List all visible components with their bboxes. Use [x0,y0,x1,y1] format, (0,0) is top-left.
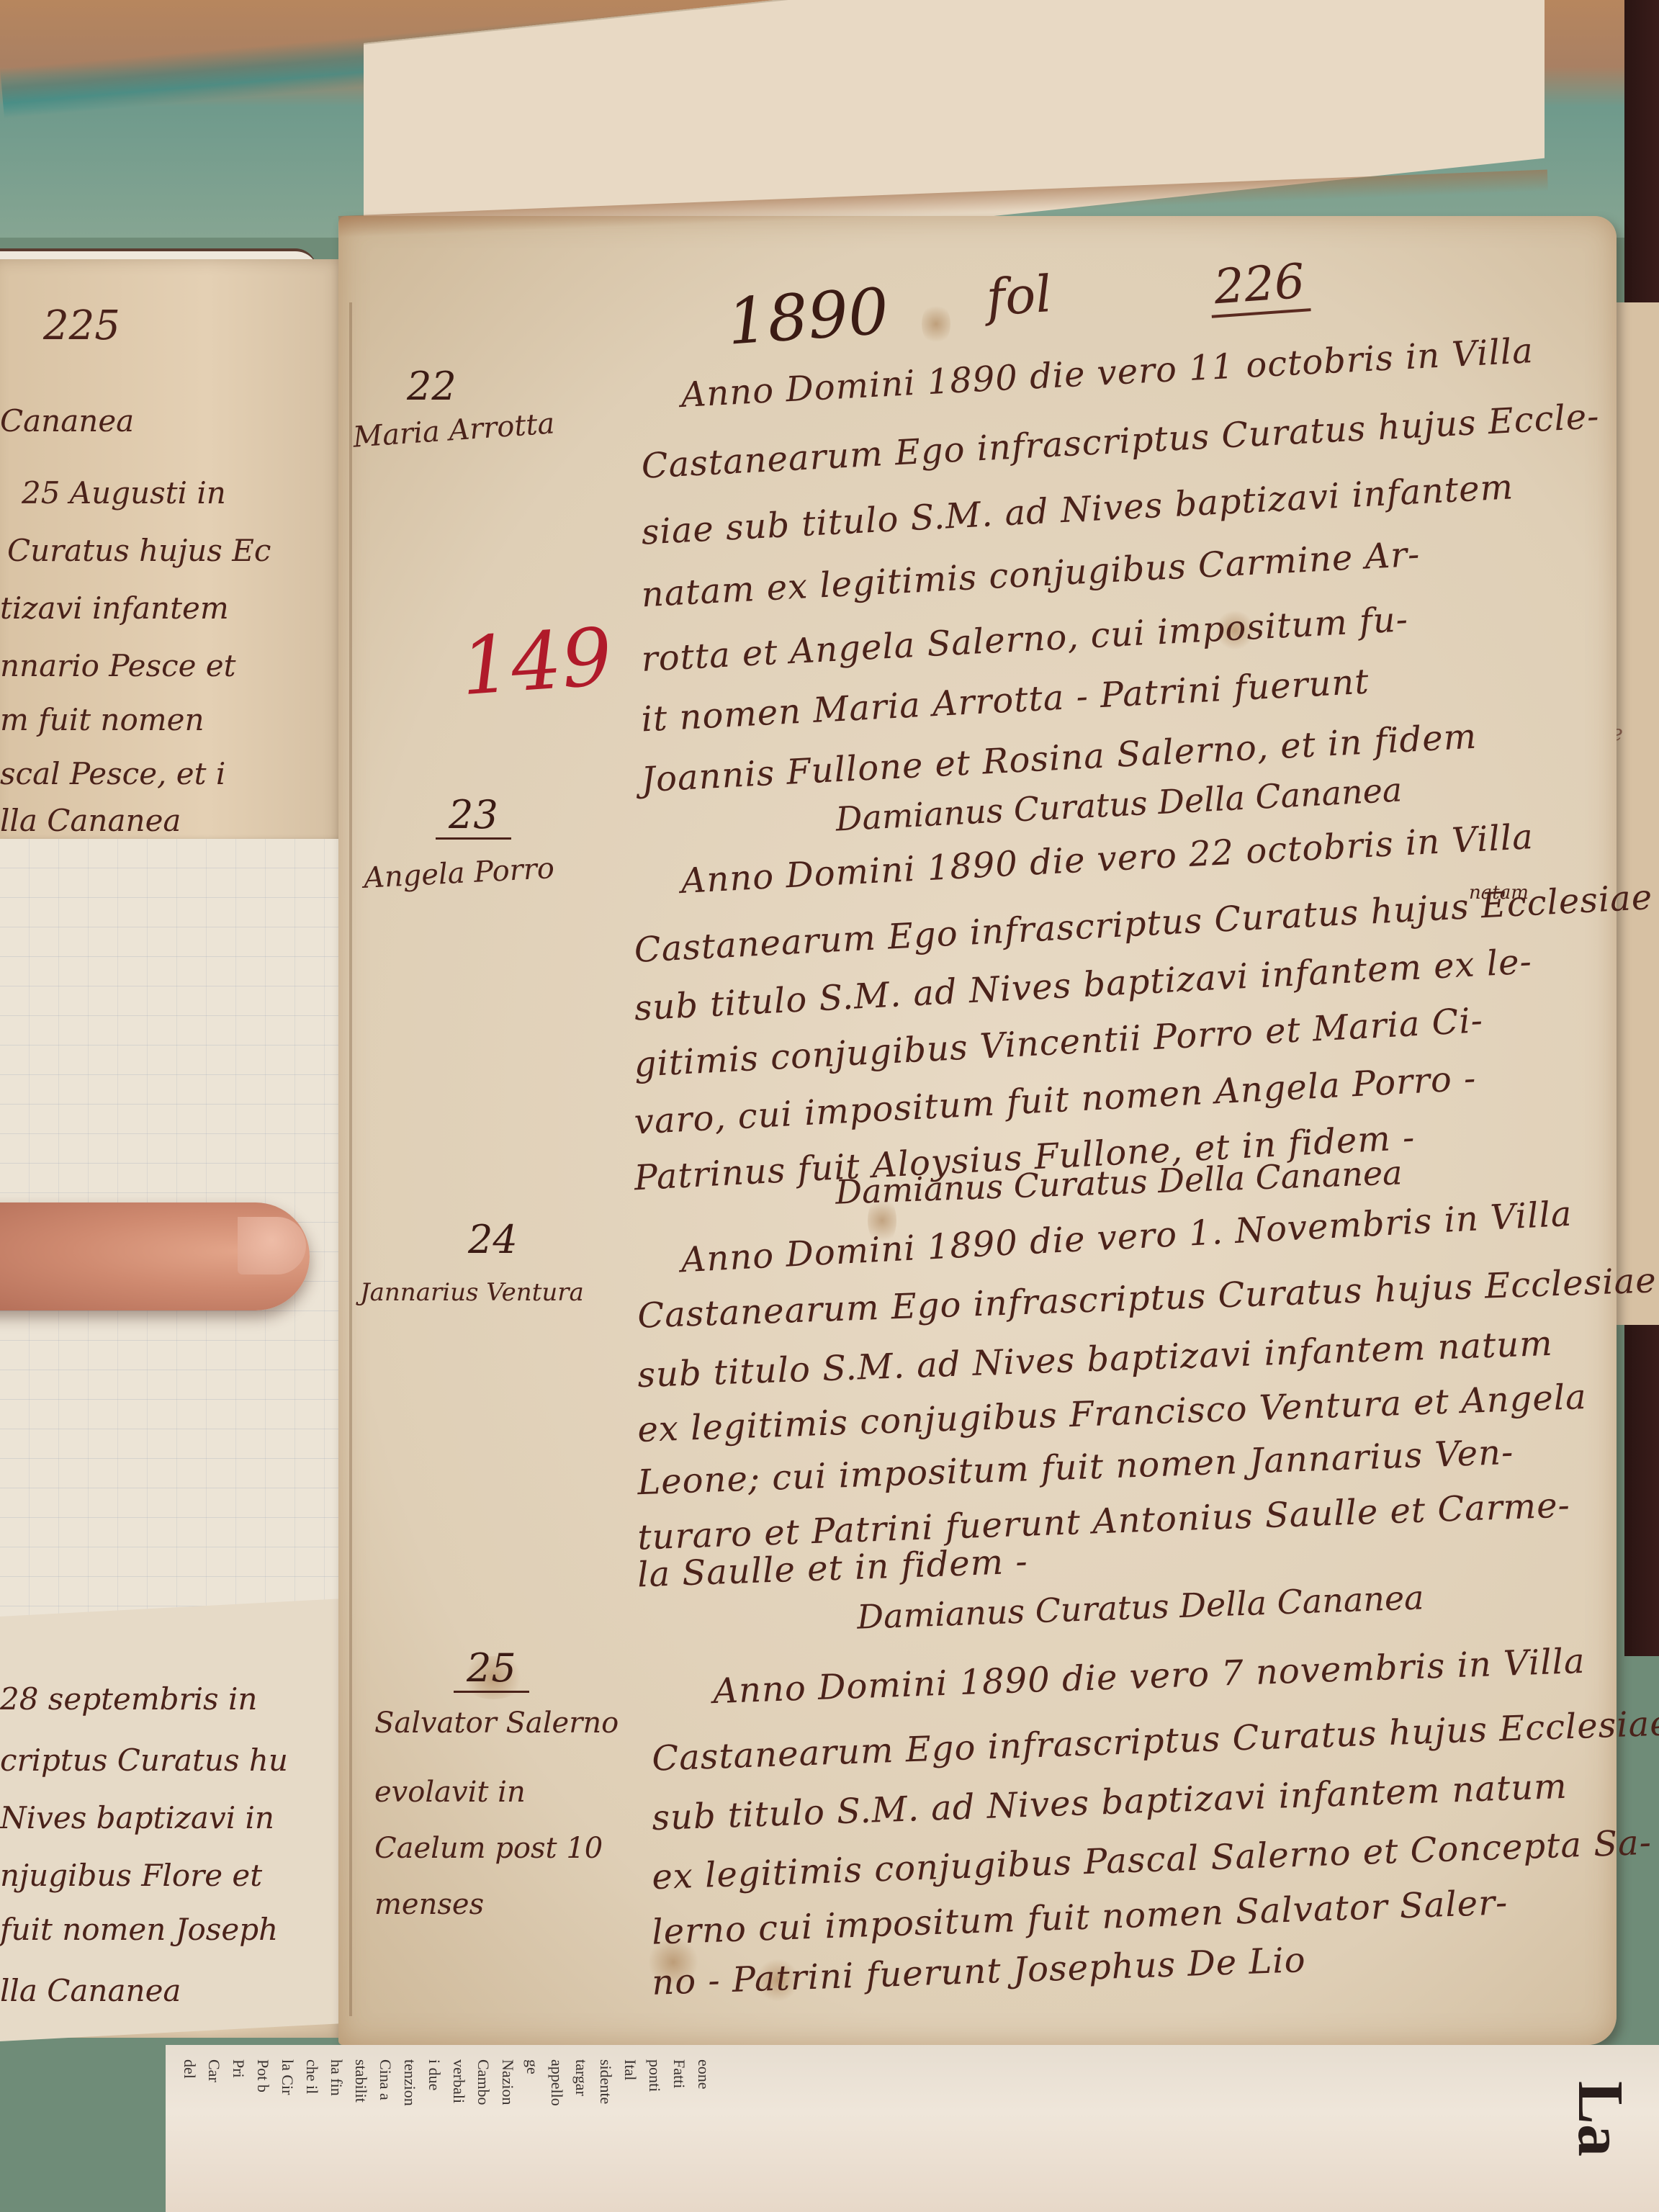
margin-entry-number: 22 [407,364,457,409]
margin-entry-name: Jannarius Ventura [360,1278,584,1307]
newspaper-text: sidente [596,2059,615,2139]
left-fragment-line: Nives baptizavi in [0,1800,274,1835]
margin-entry-note: evolavit in Caelum post 10 menses [374,1764,612,1933]
newspaper-text: Ital [621,2059,639,2139]
left-fragment-line: njugibus Flore et [0,1858,262,1893]
red-margin-number: 149 [458,611,615,713]
newspaper-text: Cina a [376,2059,395,2139]
margin-entry-name: Salvator Salerno [374,1707,619,1740]
left-fragment-line: fuit nomen Joseph [0,1912,278,1947]
newspaper-underlay: del Car Pri Pot b la Cir che il ha fin s… [166,2045,1659,2212]
fingernail [238,1217,306,1274]
left-fragment-line: nnario Pesce et [0,648,236,683]
left-fragment-line: scal Pesce, et i [0,756,225,791]
foxing-stain [922,302,950,346]
margin-entry-number: 25 [454,1645,529,1693]
left-fragment-line: lla Cananea [0,1973,181,2008]
newspaper-text: la Cir [278,2059,297,2139]
newspaper-text: targar [572,2059,590,2139]
newspaper-text: ha fin [327,2059,346,2139]
register-year: 1890 [725,274,891,359]
newspaper-text: ge [523,2059,541,2139]
newspaper-text: Fatti [670,2059,688,2139]
newspaper-text: Pri [229,2059,248,2139]
left-fragment-line: m fuit nomen [0,702,204,737]
newspaper-text: Pot b [253,2059,272,2139]
margin-entry-number: 24 [468,1217,518,1262]
left-fragment-line: Cananea [0,403,134,439]
newspaper-text: Car [204,2059,223,2139]
newspaper-text: appello [547,2059,566,2139]
left-fragment-line: 28 septembris in [0,1681,257,1717]
folio-label: fol [984,264,1053,328]
newspaper-text: i due [425,2059,444,2139]
newspaper-text: Nazion [498,2059,517,2139]
newspaper-text: tenzion [400,2059,419,2139]
left-fragment-line: lla Cananea [0,803,181,838]
margin-rule [349,302,352,2016]
left-fragment-line: 25 Augusti in [22,475,226,511]
newspaper-text: eone [694,2059,713,2139]
newspaper-text: stabilit [351,2059,370,2139]
left-folio-number: 225 [43,302,120,349]
newspaper-text: ponti [645,2059,664,2139]
newspaper-text: del [180,2059,199,2139]
newspaper-headline: La [1563,2081,1637,2157]
newspaper-text: Cambo [474,2059,493,2139]
newspaper-text: che il [302,2059,321,2139]
folio-number: 226 [1208,253,1310,318]
left-fragment-line: criptus Curatus hu [0,1743,288,1778]
newspaper-text: verbali [449,2059,468,2139]
margin-entry-number: 23 [436,792,511,840]
left-fragment-line: tizavi infantem [0,590,229,626]
newspaper-columns: del Car Pri Pot b la Cir che il ha fin s… [180,2059,713,2139]
left-fragment-line: Curatus hujus Ec [7,533,271,568]
